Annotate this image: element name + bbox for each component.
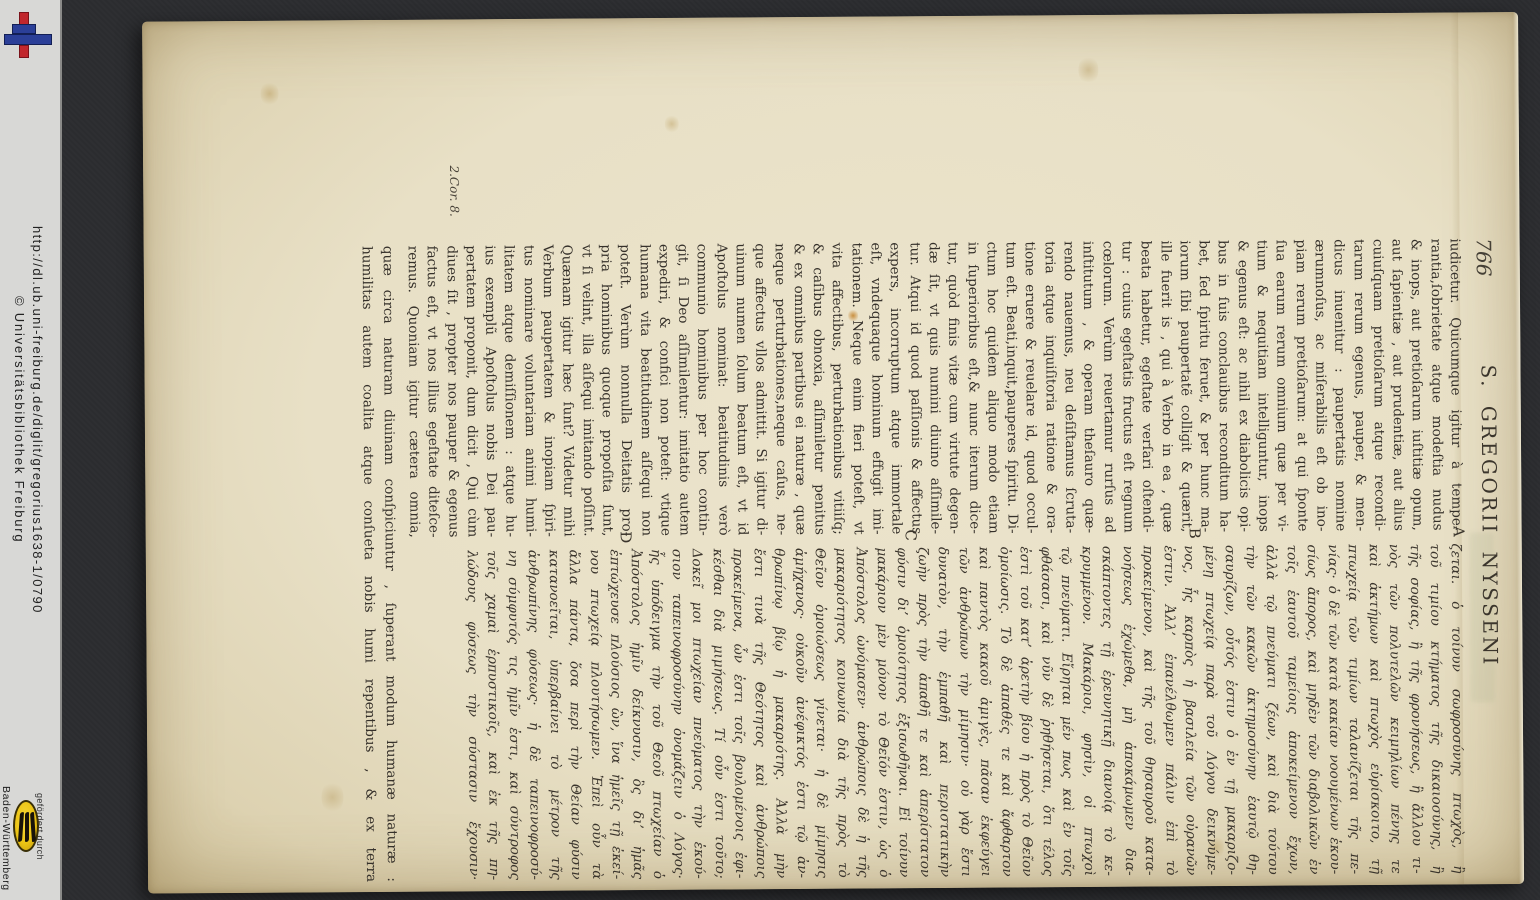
latin-text-line: dicus inuenitur : paupertatis nomine (1329, 239, 1350, 531)
latin-text-line: & caſibus obnoxia, aſſimiletur penitus (808, 243, 829, 535)
greek-text-line: μακάριον μὲν μόνον τὸ Θεῖόν ἐστιν, ὡς ὁ (871, 547, 894, 877)
scan-background: S. GREGORII NYSSENI 766 2.Cor. 8. iudice… (62, 0, 1540, 900)
latin-text-line: Verbum paupertatem & inopiam ſpiri- (537, 245, 558, 537)
latin-text-line: tarum rerum egenus, pauper, & men- (1348, 239, 1369, 531)
latin-text-line: que affectus vllos admittit. Si igitur d… (750, 243, 771, 535)
latin-text-line: ille fuerit is , qui à Verbo in ea , quæ (1155, 240, 1176, 532)
latin-text-column: iudicetur. Quicumque igitur à tempe-rant… (402, 238, 1465, 537)
running-head: S. GREGORII NYSSENI (1474, 12, 1504, 884)
greek-text-line: Θεῖον ὁμοιώσεως γίνεται· ἡ δὲ μίμησις (810, 548, 833, 878)
funding-region: Baden-Württemberg (0, 786, 12, 891)
latin-text-line: & inops, aut pretioſarum iuſtitiæ opum, (1406, 239, 1427, 531)
ub-freiburg-logo-icon (2, 10, 54, 62)
foxing-spot (260, 81, 278, 107)
latin-text-line: iudicetur. Quicumque igitur à tempe- (1444, 238, 1465, 530)
greek-text-line: τοῖς ἑαυτοῦ ταμείοις ἀποκείμενον ἔχων, (1281, 545, 1304, 875)
greek-text-line: μακαριότητος κοινωνία διὰ τῆς πρὸς τὸ (830, 548, 853, 878)
latin-text-line: cuiuſquam pretioſarum atque recondi- (1367, 239, 1388, 531)
latin-text-line: vita affectibus, perturbationibus vitiiſ… (827, 243, 848, 535)
greek-text-line: θρωπίνῳ βίῳ ἡ μακαριότης. Ἀλλὰ μὴν (769, 548, 792, 878)
greek-text-line: νη σύμφυτός τις ἡμῖν ἐστι, καὶ σύντροφος (502, 550, 525, 880)
latin-text-line: aut ſapientiæ , aut prudentiæ, aut alius (1386, 239, 1407, 531)
margin-citation: 2.Cor. 8. (447, 165, 462, 241)
latin-text-line: cœlorum. Verùm reuertamur rurſus ad (1097, 241, 1118, 533)
latin-text-line: uinum numen ſolum beatum eſt, vt id (730, 243, 751, 535)
greek-text-line: σαυρίζων, οὗτός ἐστιν ὁ ἐν τῇ μακαριζο- (1220, 545, 1243, 875)
latin-text-line: remus. Quoniam igitur cætera omnia, (402, 246, 423, 538)
greek-text-line: Ἀπόστολος ἡμῖν δείκνυσιν, ὃς δι’ ἡμᾶς (625, 549, 648, 879)
latin-text-line: dæ ſit, vt quis numini diuino aſſimile- (923, 242, 944, 534)
greek-text-line: φθάσασι, καὶ νῦν δὲ ῥηθήσεται, ὅτι τέλος (1035, 546, 1058, 876)
section-marker: D (617, 526, 635, 548)
full-width-bottom-lines: quæ circa naturam diuinam conſpiciuntur … (357, 246, 402, 882)
greek-text-line: ζωὴν πρὸς τὴν ἀπαθῆ τε καὶ ἀπερίστατον (912, 547, 935, 877)
page-edge-highlight (1513, 12, 1524, 884)
latin-text-line: pertatem proponit, dum dicit , Qui cùm (460, 245, 481, 537)
greek-text-line: ἐπτώχευσε πλούσιος ὢν, ἵνα ἡμεῖς τῇ ἐκεί… (605, 549, 628, 879)
latin-text-line: iorum ſibi paupertatẽ colligit & quærit, (1174, 240, 1195, 532)
greek-text-line: σκάπτοντες τῇ ἐρευνητικῇ διανοίᾳ τὸ κε- (1097, 546, 1120, 876)
latin-text-line: rendo nauemus, neu deſiſtamus ſcruta- (1058, 241, 1079, 533)
latin-text-line: ærumnoſus, ac miſerabilis eſt ob ino- (1309, 239, 1330, 531)
bottom-text-line: quæ circa naturam diuinam conſpiciuntur … (377, 246, 402, 882)
latin-text-line: beata habetur, egeſtate verſari oſtendi- (1136, 241, 1157, 533)
greek-text-line: δυνατὸν, τὴν ἐμπαθῆ καὶ περιστατικὴν (933, 547, 956, 877)
greek-text-line: τῆς σοφίας, ἢ τῆς φρονήσεως, ἢ ἄλλου τι- (1404, 544, 1427, 874)
section-marker: B (1186, 522, 1204, 544)
greek-text-line: τῷ πνεύματι. Εἴρηται μέν πως καὶ ἐν τοῖς (1056, 546, 1079, 876)
greek-text-line: φύσιν δι’ ὁμοιότητος ἐξισωθῆναι. Εἰ τοίν… (892, 547, 915, 877)
greek-text-line: ζεται. ὁ τοίνυν σωφροσύνης πτωχὸς, ἢ (1445, 543, 1468, 873)
greek-text-line: τῶν ἀνθρώπων τὴν μίμησιν· οὐ γὰρ ἔστι (953, 547, 976, 877)
greek-text-line: ἀμήχανος· οὐκοῦν ἀνέφικτός ἐστι τῷ ἀν- (789, 548, 812, 878)
greek-text-line: πτωχείᾳ τῶν τιμίων ταλανίζεται τῆς πε- (1343, 544, 1366, 874)
greek-text-line: νοήσεως ἐχώμεθα, μὴ ἀποκάμωμεν δια- (1117, 546, 1140, 876)
greek-text-line: καὶ ἀκτήμων καὶ πτωχὸς εὑρίσκοιτο, τῇ (1363, 544, 1386, 874)
greek-text-line: λώδους φύσεως τὴν σύστασιν ἔχουσιν· (461, 550, 484, 880)
greek-text-line: τοῖς χαμαὶ ἑρπυστικοῖς, καὶ ἐκ τῆς πη- (482, 550, 505, 880)
latin-text-line: humana vita beatitudinem aſſequi non (634, 244, 655, 536)
greek-text-column: ζεται. ὁ τοίνυν σωφροσύνης πτωχὸς, ἢτοῦ … (461, 543, 1468, 880)
latin-text-line: litatem atque demiſſionem : atque hu- (499, 245, 520, 537)
foxing-spot (321, 780, 343, 814)
greek-text-line: κρυμμένον. Μακάριοι, φησὶν, οἱ πτωχοὶ (1076, 546, 1099, 876)
greek-text-line: Ἀπόστολος ὠνόμασεν· ἀνθρώποις δὲ ἡ τῆς (851, 548, 874, 878)
latin-text-line: & egenus eſt: ac nihil ex diabolicis opi… (1232, 240, 1253, 532)
latin-text-line: & ex omnibus partibus ei naturæ , quæ (788, 243, 809, 535)
section-marker: A (1450, 520, 1468, 542)
latin-text-line: git, ſi Deo aſſimilentur: imitatio autem (672, 244, 693, 536)
greek-text-line: τὴν τῶν κακῶν ἀκτημοσύνην ἑαυτῷ θη- (1240, 545, 1263, 875)
latin-text-line: tus nominare voluntariam animi humi- (518, 245, 539, 537)
greek-text-line: νὸς τῶν πολυτελῶν κειμηλίων πένης τε (1384, 544, 1407, 874)
greek-text-line: τοῦ τιμίου κτήματος τῆς δικαιοσύνης, ἢ (1425, 544, 1448, 874)
greek-text-line: μένῃ πτωχείᾳ παρὰ τοῦ Λόγου δεικνύμε- (1199, 545, 1222, 875)
persistent-url: http://dl.ub.uni-freiburg.de/diglit/greg… (28, 226, 46, 614)
greek-text-line: ὁμοίωσις. Τὸ δὲ ἀπαθές τε καὶ ἄφθαρτον (994, 547, 1017, 877)
latin-text-line: expediri, & confici non poteſt: vtique (653, 244, 674, 536)
latin-text-line: tur : cuius egeſtatis fructus eſt regnum (1116, 241, 1137, 533)
latin-text-line: in ſuperioribus eſt,& nunc iterum dice- (962, 242, 983, 534)
logo-red-square-bottom (19, 45, 29, 58)
latin-text-line: tur. Atqui id quod paſſionis & affectus (904, 242, 925, 534)
latin-text-line: Quænam igitur hæc ſunt? Videtur mihi (557, 245, 578, 537)
latin-text-line: Apoſtolus nominat: beatitudinis verò (711, 244, 732, 536)
latin-text-line: bet, ſed ſpiritu feruet, & per hunc ma- (1193, 240, 1214, 532)
crest-lion-icon (25, 812, 29, 842)
latin-text-line: eſt, vndequaque hominum effugit imi- (865, 242, 886, 534)
latin-text-line: factus eſt, vt nos illius egeſtate diteſ… (422, 246, 443, 538)
latin-text-line: pria hominibus quoque propoſita ſunt, (595, 244, 616, 536)
latin-text-line: diues ſit , propter nos pauper & egenus (441, 245, 462, 537)
greek-text-line: νος, ἧς καρπὸς ἡ βασιλεία τῶν οὐρανῶν (1179, 545, 1202, 875)
metadata-sidebar: http://dl.ub.uni-freiburg.de/diglit/greg… (0, 0, 62, 900)
section-marker: C (902, 524, 920, 546)
foxing-spot (665, 114, 679, 134)
greek-text-line: καὶ παντὸς κακοῦ ἀμιγὲς, πᾶσαν ἐκφεύγει (974, 547, 997, 877)
baden-wuerttemberg-crest-icon (13, 800, 39, 852)
page-number: 766 (1472, 238, 1496, 276)
scan-attribution: http://dl.ub.uni-freiburg.de/diglit/greg… (10, 226, 46, 614)
greek-text-line: ἄλλα πάντα, ὅσα περὶ τὴν Θείαν φύσιν (564, 550, 587, 880)
crest-lion-icon (30, 812, 36, 842)
latin-text-line: vt ſi velint, illa aſſequi imitando poſſ… (576, 244, 597, 536)
latin-text-line: expers, incorruptum atque immortale (885, 242, 906, 534)
greek-text-line: προκείμενα, ὧν ἐστι τοῖς βουλομένοις ἐφι… (728, 548, 751, 878)
latin-text-line: tium & nequitiam intelliguntur, inops (1251, 240, 1272, 532)
logo-blue-bar-long (4, 34, 52, 45)
latin-text-line: tione eruere & reuelare id, quod occul- (1020, 241, 1041, 533)
foxing-spot (1078, 55, 1098, 85)
book-page-scan: S. GREGORII NYSSENI 766 2.Cor. 8. iudice… (142, 12, 1524, 894)
greek-text-line: ἔστι τινὰ τῆς Θεότητος καὶ ἀνθρώποις (748, 548, 771, 878)
latin-text-line: ctum hoc quidem aliquo modo etiam (981, 242, 1002, 534)
latin-text-line: piam rerum pretioſarum: at qui ſponte (1290, 239, 1311, 531)
copyright-notice: © Universitätsbibliothek Freiburg (10, 226, 28, 614)
greek-text-line: σίως ἄπορος, καὶ μηδὲν τῶν διαβολικῶν ἐν (1302, 544, 1325, 874)
greek-text-line: νίας· ὁ δὲ τῶν κατὰ κακίαν νοουμένων ἑκο… (1322, 544, 1345, 874)
greek-text-line: ἀνθρωπίνης φύσεως· ἡ δὲ ταπεινοφροσύ- (523, 550, 546, 880)
latin-text-line: tum eſt. Beati,inquit,pauperes ſpiritu. … (1000, 241, 1021, 533)
logo-blue-bar-short (12, 24, 36, 34)
greek-text-line: σιον ταπεινοφροσύνην ὀνομάζειν ὁ Λόγος· (666, 549, 689, 879)
latin-text-line: communio hominibus per hoc contin- (692, 244, 713, 536)
crest-lion-icon (18, 812, 24, 842)
latin-text-line: toria atque inquiſitoria ratione & ora- (1039, 241, 1060, 533)
greek-text-line: ἀλλὰ τῷ πνεύματι ζέων, καὶ διὰ τούτου (1261, 545, 1284, 875)
latin-text-line: ius exemplũ Apoſtolus nobis Dei pau- (479, 245, 500, 537)
greek-text-line: κατανοεῖται, ὑπερβαίνει τὸ μέτρον τῆς (543, 550, 566, 880)
greek-text-line: Δοκεῖ μοι πτωχείαν πνεύματος τὴν ἑκού- (687, 549, 710, 879)
latin-text-line: tur, quòd finis vitæ cum virtute degen- (943, 242, 964, 534)
greek-text-line: νου πτωχείᾳ πλουτήσωμεν. Ἐπεὶ οὖν τὰ (584, 549, 607, 879)
latin-text-line: poteſt. Verùm nonnulla Deitatis pro- (615, 244, 636, 536)
latin-text-line: tationem. Neque enim fieri poteſt, vt (846, 243, 867, 535)
greek-text-line: ἧς ὑπόδειγμα τὴν τοῦ Θεοῦ πτωχείαν ὁ (646, 549, 669, 879)
greek-text-line: ἐστιν. Ἀλλ’ ἐπανέλθωμεν πάλιν ἐπὶ τὸ (1158, 545, 1181, 875)
latin-text-line: rantia,ſobrietate atque modeſtia nudus (1425, 239, 1446, 531)
latin-text-line: bus in ſuis conclauibus reconditum ha- (1213, 240, 1234, 532)
greek-text-line: προκείμενον, καὶ τῆς τοῦ θησαυροῦ κατα- (1138, 546, 1161, 876)
greek-text-line: ἐστὶ τοῦ κατ’ ἀρετὴν βίου ἡ πρὸς τὸ Θεῖο… (1015, 546, 1038, 876)
latin-text-line: ſua earum rerum omnium quæ per vi- (1271, 240, 1292, 532)
latin-text-line: neque perturbationes,neque caſus, ne- (769, 243, 790, 535)
latin-text-line: inſtitutum , & operam theſauro quæ- (1078, 241, 1099, 533)
greek-text-line: κέσθαι διὰ μιμήσεως. Τί οὖν ἐστι τοῦτο; (707, 549, 730, 879)
digitized-book-viewer: http://dl.ub.uni-freiburg.de/diglit/greg… (0, 0, 1540, 900)
